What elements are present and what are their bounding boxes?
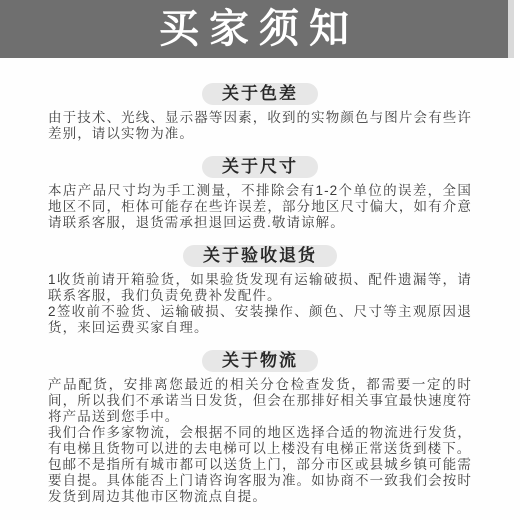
paragraph-logistics-delivery: 包邮不是指所有城市都可以送货上门，部分市区或县城乡镇可能需要自提。具体能否上门请… bbox=[48, 457, 472, 505]
section-inspection-return: 关于验收退货 1收货前请开箱验货，如果验货发现有运输破损、配件遗漏等，请联系客服… bbox=[48, 245, 472, 336]
page-header-banner: 买家须知 bbox=[0, 0, 514, 58]
badge-size: 关于尺寸 bbox=[202, 156, 318, 178]
paragraph-return: 2签收前不验货、运输破损、安装操作、颜色、尺寸等主观原因退货，来回运费买家自理。 bbox=[48, 304, 472, 336]
paragraph-logistics-dispatch: 产品配货，安排离您最近的相关分仓检查发货，都需要一定的时间，所以我们不承诺当日发… bbox=[48, 377, 472, 425]
badge-logistics: 关于物流 bbox=[202, 350, 318, 372]
badge-color-difference: 关于色差 bbox=[202, 83, 318, 105]
paragraph-color-difference: 由于技术、光线、显示器等因素，收到的实物颜色与图片会有些许差别，请以实物为准。 bbox=[48, 110, 472, 142]
paragraph-inspection: 1收货前请开箱验货，如果验货发现有运输破损、配件遗漏等，请联系客服，我们负责免费… bbox=[48, 272, 472, 304]
notice-content: 关于色差 由于技术、光线、显示器等因素，收到的实物颜色与图片会有些许差别，请以实… bbox=[0, 58, 520, 505]
paragraph-size: 本店产品尺寸均为手工测量，不排除会有1-2个单位的误差，全国地区不同，柜体可能存… bbox=[48, 183, 472, 231]
paragraph-logistics-carriers: 我们合作多家物流，会根据不同的地区选择合适的物流进行发货，有电梯且货物可以进的去… bbox=[48, 425, 472, 457]
badge-inspection-return: 关于验收退货 bbox=[183, 245, 337, 267]
buyer-notice-page: 买家须知 关于色差 由于技术、光线、显示器等因素，收到的实物颜色与图片会有些许差… bbox=[0, 0, 520, 520]
section-color-difference: 关于色差 由于技术、光线、显示器等因素，收到的实物颜色与图片会有些许差别，请以实… bbox=[48, 83, 472, 142]
page-title: 买家须知 bbox=[149, 9, 359, 49]
section-size: 关于尺寸 本店产品尺寸均为手工测量，不排除会有1-2个单位的误差，全国地区不同，… bbox=[48, 156, 472, 231]
section-logistics: 关于物流 产品配货，安排离您最近的相关分仓检查发货，都需要一定的时间，所以我们不… bbox=[48, 350, 472, 505]
